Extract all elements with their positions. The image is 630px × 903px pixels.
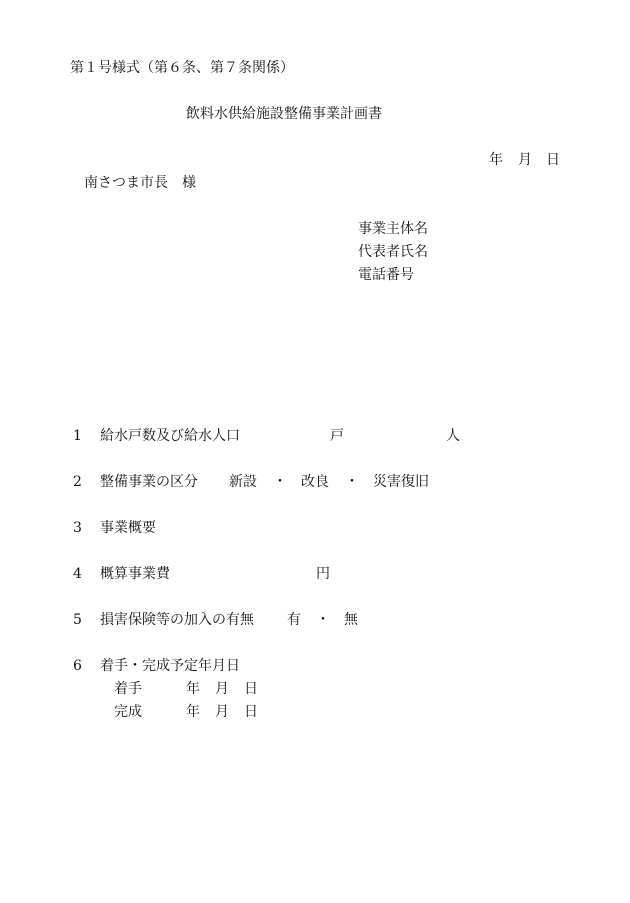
date-year: 年 xyxy=(489,153,503,167)
item-label: 整備事業の区分 xyxy=(100,475,198,489)
option-disaster-recovery: 災害復旧 xyxy=(373,475,429,489)
representative-name-label: 代表者氏名 xyxy=(358,245,428,259)
document-title: 飲料水供給施設整備事業計画書 xyxy=(186,107,382,121)
completion-day: 日 xyxy=(244,705,258,719)
yen-unit: 円 xyxy=(316,567,330,581)
item-number: 6 xyxy=(73,659,82,673)
date-day: 日 xyxy=(546,153,560,167)
option-yes: 有 xyxy=(287,613,301,627)
start-day: 日 xyxy=(244,682,258,696)
item-label: 給水戸数及び給水人口 xyxy=(100,429,240,443)
separator-dot: ・ xyxy=(273,475,287,489)
item-number: 4 xyxy=(73,567,82,581)
population-unit: 人 xyxy=(446,429,460,443)
start-year: 年 xyxy=(186,682,200,696)
item-number: 3 xyxy=(73,521,82,535)
completion-label: 完成 xyxy=(114,705,142,719)
form-label: 第１号様式（第６条、第７条関係） xyxy=(70,61,294,75)
option-no: 無 xyxy=(344,613,358,627)
item-label: 事業概要 xyxy=(100,521,156,535)
addressee: 南さつま市長 様 xyxy=(84,176,196,190)
item-number: 1 xyxy=(73,429,82,443)
item-label: 損害保険等の加入の有無 xyxy=(100,613,254,627)
entity-name-label: 事業主体名 xyxy=(358,222,428,236)
option-improvement: 改良 xyxy=(301,475,329,489)
separator-dot: ・ xyxy=(316,613,330,627)
date-month: 月 xyxy=(518,153,532,167)
option-new-construction: 新設 xyxy=(229,475,257,489)
separator-dot: ・ xyxy=(345,475,359,489)
households-unit: 戸 xyxy=(330,429,344,443)
item-label: 着手・完成予定年月日 xyxy=(100,659,240,673)
completion-month: 月 xyxy=(215,705,229,719)
item-number: 5 xyxy=(73,613,82,627)
completion-year: 年 xyxy=(186,705,200,719)
item-number: 2 xyxy=(73,475,82,489)
item-label: 概算事業費 xyxy=(100,567,170,581)
start-label: 着手 xyxy=(114,682,142,696)
phone-number-label: 電話番号 xyxy=(358,268,414,282)
start-month: 月 xyxy=(215,682,229,696)
